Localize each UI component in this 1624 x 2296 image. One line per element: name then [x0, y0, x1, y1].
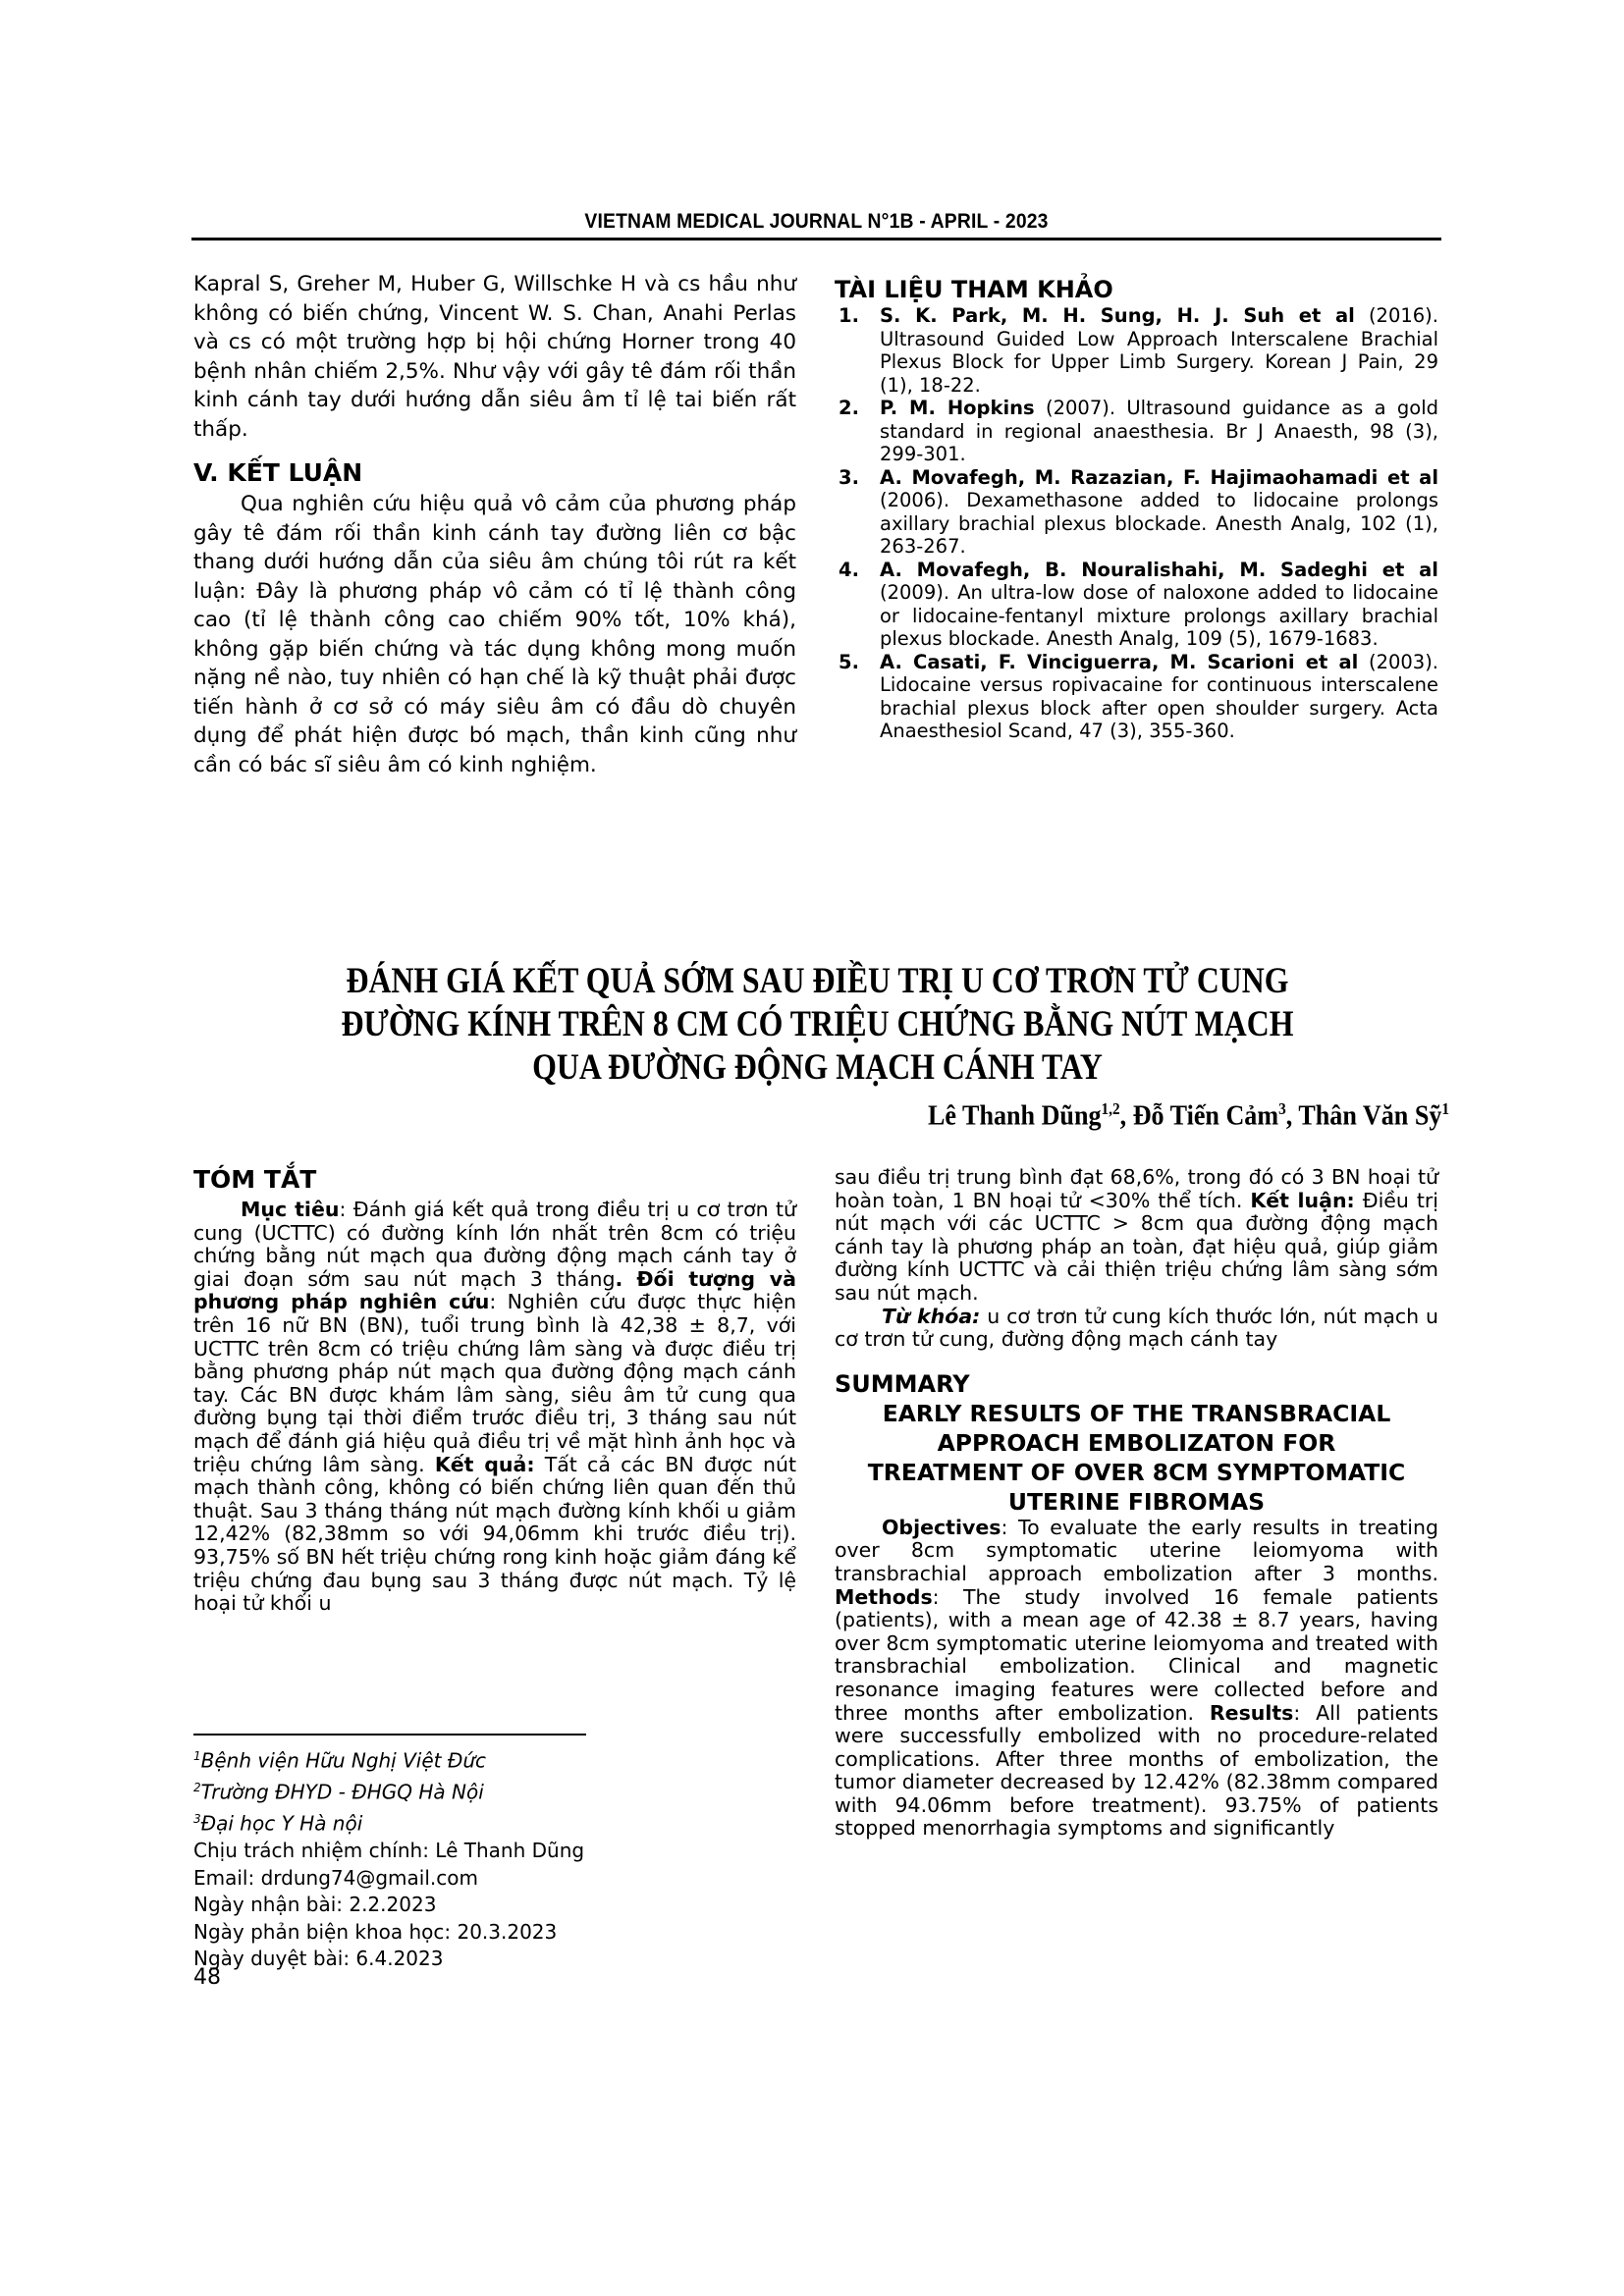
- keywords: Từ khóa: u cơ trơn tử cung kích thước lớ…: [835, 1306, 1438, 1352]
- article-title: ĐÁNH GIÁ KẾT QUẢ SỚM SAU ĐIỀU TRỊ U CƠ T…: [284, 960, 1352, 1090]
- page-number: 48: [193, 1965, 221, 1990]
- reference-authors: P. M. Hopkins: [880, 397, 1035, 419]
- abstract-body: Mục tiêu: Đánh giá kết quả trong điều tr…: [193, 1199, 796, 1616]
- reference-item: 4.A. Movafegh, B. Nouralishahi, M. Sadeg…: [835, 559, 1438, 651]
- methods-label-en: Methods: [835, 1585, 933, 1609]
- author-list: Lê Thanh Dũng1,2, Đỗ Tiến Cảm3, Thân Văn…: [928, 1093, 1449, 1133]
- results-text: Tất cả các BN được nút mạch thành công, …: [193, 1453, 796, 1616]
- author-separator: ,: [1286, 1100, 1299, 1132]
- received-date: Ngày nhận bài: 2.2.2023: [193, 1892, 796, 1919]
- reference-item: 3.A. Movafegh, M. Razazian, F. Hajimaoha…: [835, 466, 1438, 559]
- summary-title-line: UTERINE FIBROMAS: [835, 1487, 1438, 1517]
- reviewed-date: Ngày phản biện khoa học: 20.3.2023: [193, 1919, 796, 1947]
- affiliation-text: Bệnh viện Hữu Nghị Việt Đức: [201, 1749, 486, 1773]
- reference-number: 4.: [839, 559, 859, 582]
- affiliation: 1Bệnh viện Hữu Nghị Việt Đức: [193, 1743, 796, 1775]
- objectives-label: Objectives: [882, 1516, 1001, 1539]
- affiliation-marker: 2: [193, 1781, 201, 1794]
- conclusion-paragraph: Qua nghiên cứu hiệu quả vô cảm của phươn…: [193, 490, 796, 779]
- discussion-tail-paragraph: Kapral S, Greher M, Huber G, Willschke H…: [193, 270, 796, 444]
- affiliation-marker: 1: [193, 1749, 201, 1763]
- article-title-line: ĐÁNH GIÁ KẾT QUẢ SỚM SAU ĐIỀU TRỊ U CƠ T…: [284, 960, 1352, 1003]
- summary-title-line: TREATMENT OF OVER 8CM SYMPTOMATIC: [835, 1458, 1438, 1487]
- affiliation: 3Đại học Y Hà nội: [193, 1806, 796, 1838]
- article-title-line: QUA ĐƯỜNG ĐỘNG MẠCH CÁNH TAY: [284, 1046, 1352, 1090]
- author-affiliation-marker: 1: [1441, 1099, 1449, 1118]
- reference-item: 2.P. M. Hopkins (2007). Ultrasound guida…: [835, 397, 1438, 466]
- reference-details: (2009). An ultra-low dose of naloxone ad…: [880, 581, 1438, 650]
- author-separator: ,: [1120, 1100, 1133, 1132]
- email: Email: drdung74@gmail.com: [193, 1865, 796, 1893]
- abstract-right-column: sau điều trị trung bình đạt 68,6%, trong…: [835, 1166, 1438, 1841]
- accepted-date: Ngày duyệt bài: 6.4.2023: [193, 1946, 796, 1973]
- author-affiliation-marker: 1,2: [1101, 1099, 1119, 1118]
- summary-title-line: EARLY RESULTS OF THE TRANSBRACIAL: [835, 1399, 1438, 1428]
- reference-details: (2006). Dexamethasone added to lidocaine…: [880, 489, 1438, 558]
- footnote-rule: [193, 1734, 586, 1735]
- summary-title: EARLY RESULTS OF THE TRANSBRACIAL APPROA…: [835, 1399, 1438, 1517]
- affiliation-text: Trường ĐHYD - ĐHGQ Hà Nội: [201, 1781, 484, 1804]
- reference-authors: S. K. Park, M. H. Sung, H. J. Suh et al: [880, 304, 1355, 327]
- reference-authors: A. Movafegh, M. Razazian, F. Hajimaohama…: [880, 466, 1438, 489]
- reference-authors: A. Casati, F. Vinciguerra, M. Scarioni e…: [880, 651, 1358, 673]
- reference-list: 1.S. K. Park, M. H. Sung, H. J. Suh et a…: [835, 304, 1438, 743]
- keywords-label: Từ khóa:: [882, 1305, 980, 1328]
- abstract-heading: TÓM TẮT: [193, 1163, 796, 1197]
- conclusion-label: Kết luận:: [1250, 1189, 1354, 1212]
- reference-number: 1.: [839, 304, 859, 328]
- abstract-vietnamese-left: TÓM TẮT Mục tiêu: Đánh giá kết quả trong…: [193, 1163, 796, 1616]
- conclusion-heading: V. KẾT LUẬN: [193, 456, 796, 490]
- previous-article-left-column: Kapral S, Greher M, Huber G, Willschke H…: [193, 270, 796, 779]
- affiliation-text: Đại học Y Hà nội: [201, 1812, 363, 1836]
- results-label: Kết quả:: [435, 1453, 535, 1476]
- references-section: TÀI LIỆU THAM KHẢO 1.S. K. Park, M. H. S…: [835, 275, 1438, 743]
- references-heading: TÀI LIỆU THAM KHẢO: [835, 275, 1438, 304]
- corresponding-author: Chịu trách nhiệm chính: Lê Thanh Dũng: [193, 1838, 796, 1865]
- reference-authors: A. Movafegh, B. Nouralishahi, M. Sadeghi…: [880, 559, 1438, 581]
- summary-heading: SUMMARY: [835, 1369, 1438, 1399]
- header-rule: [191, 238, 1441, 240]
- running-header: VIETNAM MEDICAL JOURNAL N°1B - APRIL - 2…: [242, 210, 1391, 234]
- objective-label: Mục tiêu: [241, 1198, 339, 1221]
- summary-body: Objectives: To evaluate the early result…: [835, 1517, 1438, 1841]
- reference-number: 3.: [839, 466, 859, 490]
- author-name: Đỗ Tiến Cảm: [1133, 1100, 1278, 1132]
- methods-text: : Nghiên cứu được thực hiện trên 16 nữ B…: [193, 1290, 796, 1475]
- reference-number: 5.: [839, 651, 859, 674]
- abstract-continuation: sau điều trị trung bình đạt 68,6%, trong…: [835, 1166, 1438, 1306]
- results-label-en: Results: [1210, 1701, 1294, 1725]
- reference-number: 2.: [839, 397, 859, 420]
- footnotes: 1Bệnh viện Hữu Nghị Việt Đức 2Trường ĐHY…: [193, 1743, 796, 1973]
- summary-title-line: APPROACH EMBOLIZATON FOR: [835, 1428, 1438, 1458]
- reference-item: 5.A. Casati, F. Vinciguerra, M. Scarioni…: [835, 651, 1438, 743]
- objective-end: .: [615, 1267, 623, 1291]
- author-name: Thân Văn Sỹ: [1298, 1100, 1441, 1132]
- article-title-line: ĐƯỜNG KÍNH TRÊN 8 CM CÓ TRIỆU CHỨNG BẰNG…: [284, 1003, 1352, 1046]
- affiliation: 2Trường ĐHYD - ĐHGQ Hà Nội: [193, 1775, 796, 1806]
- author-name: Lê Thanh Dũng: [928, 1100, 1102, 1132]
- affiliation-marker: 3: [193, 1812, 201, 1826]
- reference-item: 1.S. K. Park, M. H. Sung, H. J. Suh et a…: [835, 304, 1438, 397]
